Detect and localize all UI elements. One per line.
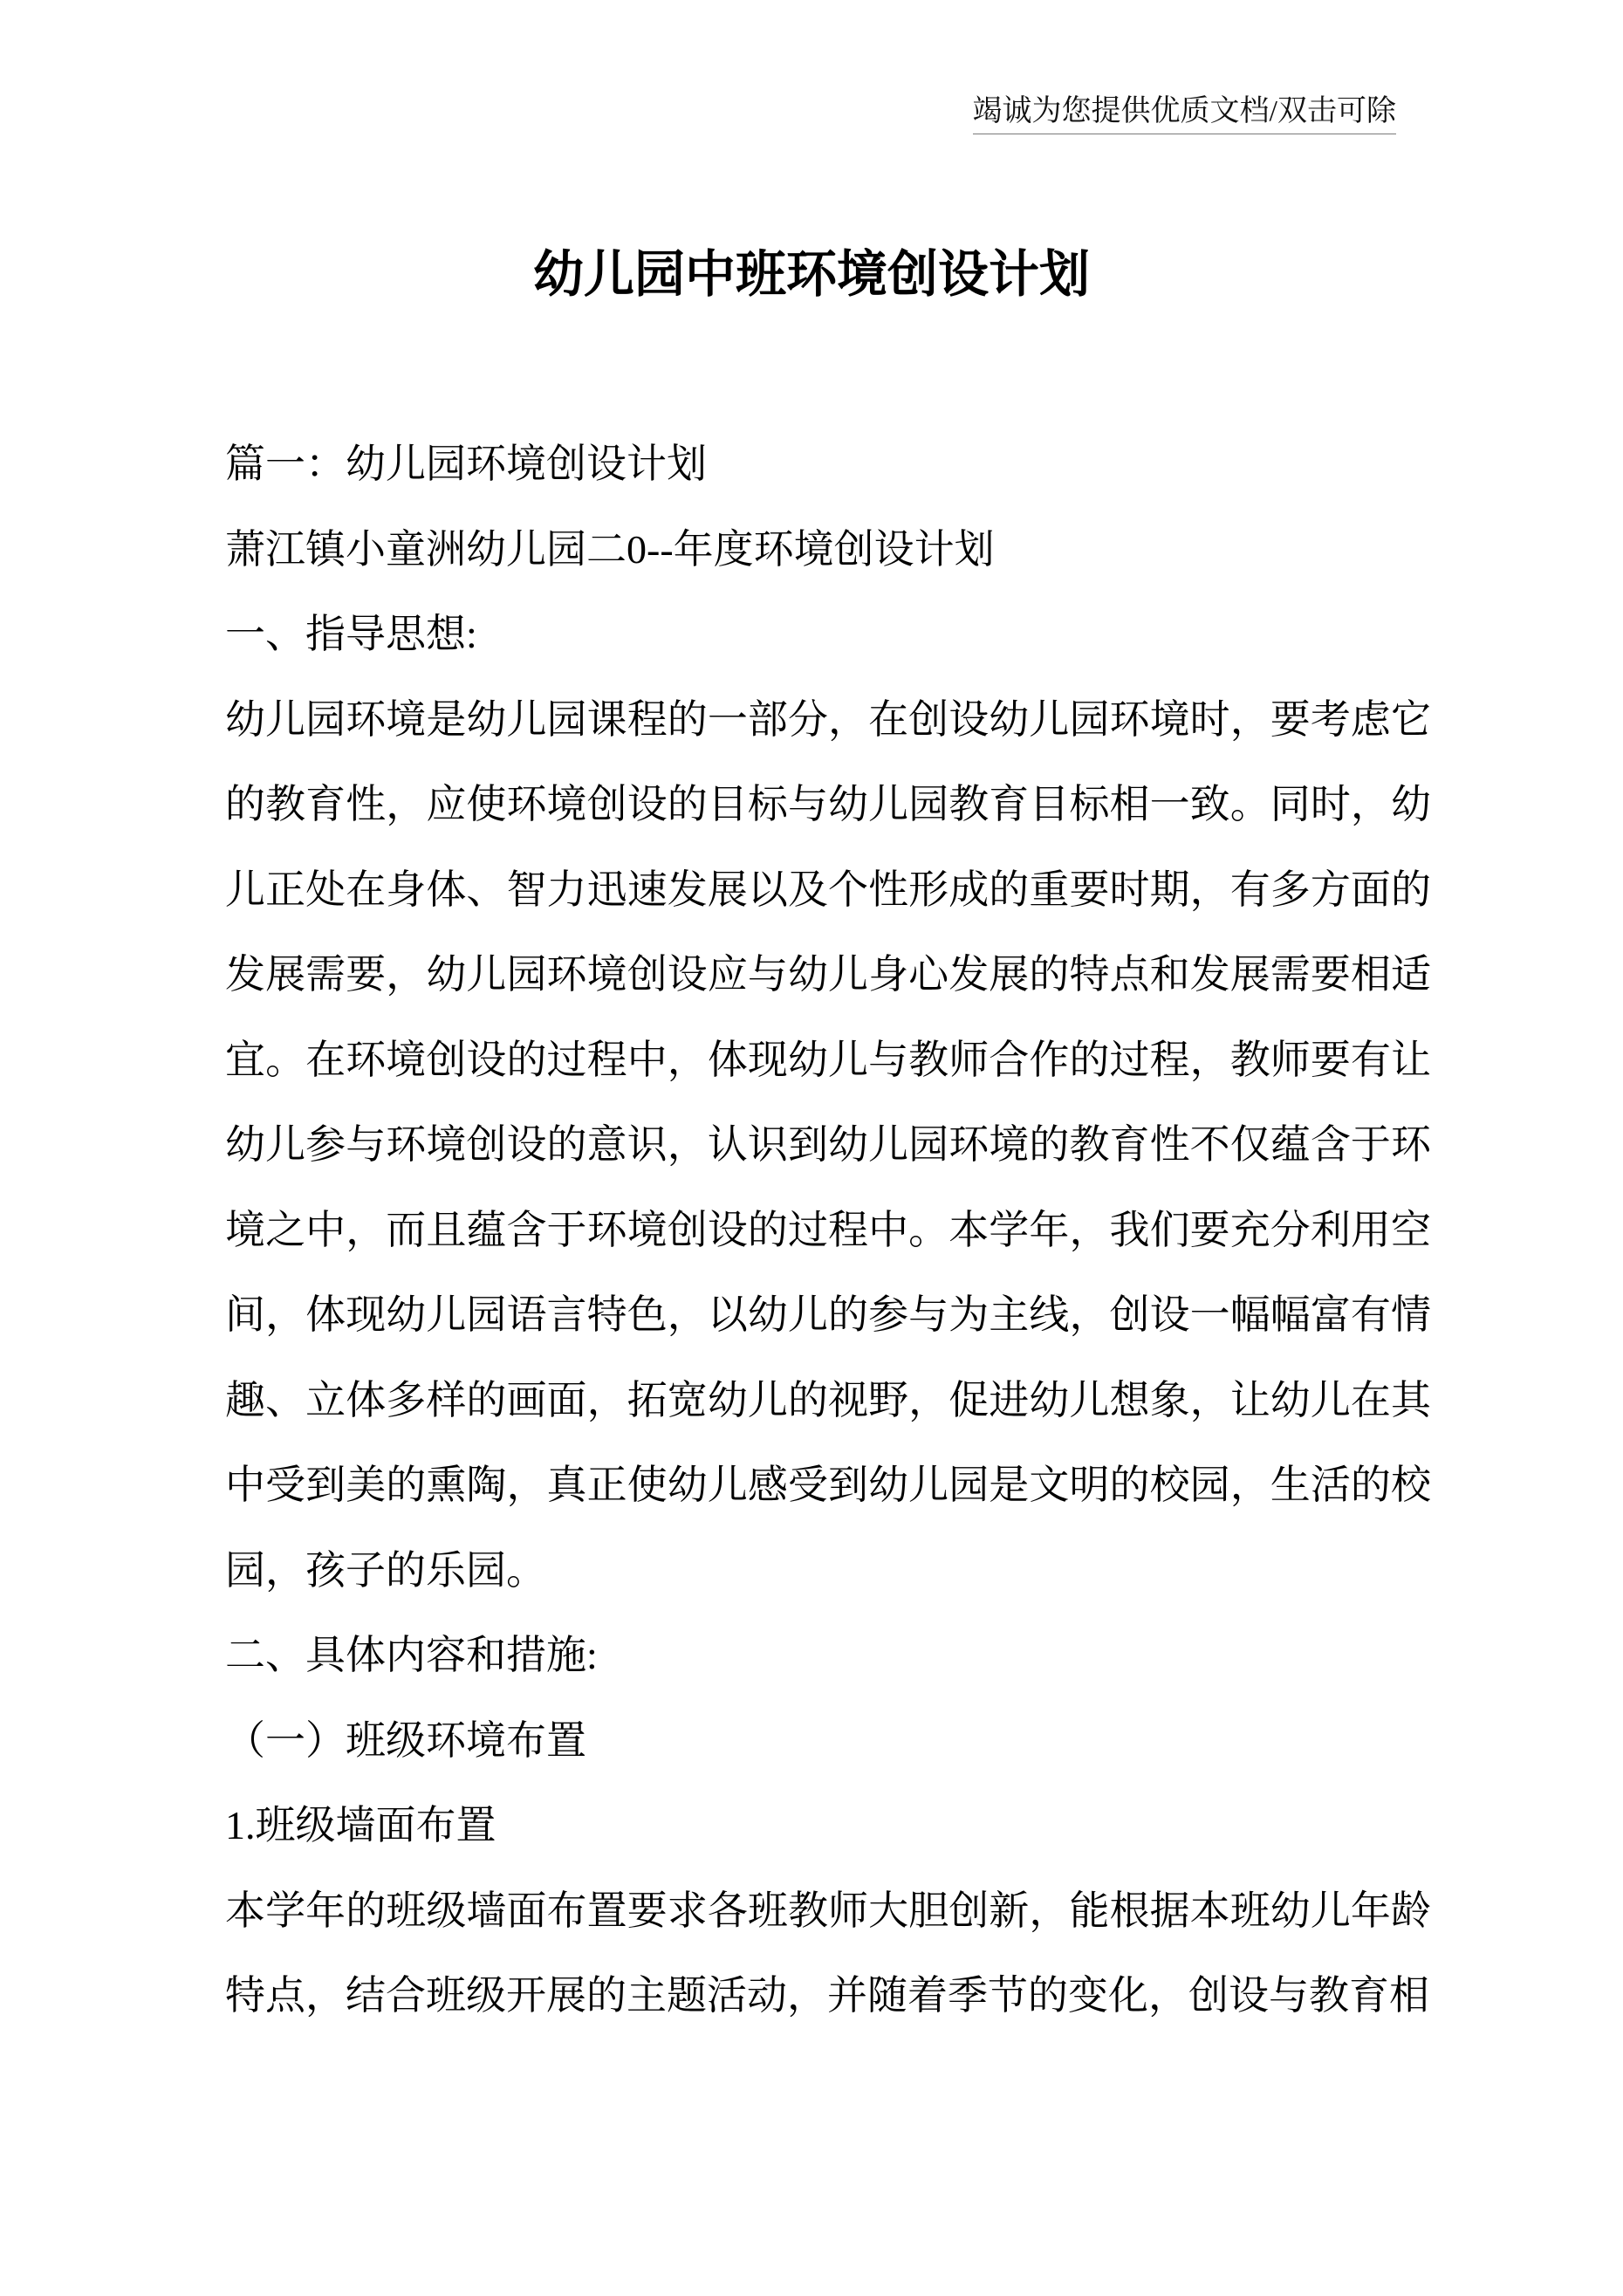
heading-guiding-ideology: 一、指导思想: [225, 592, 1431, 677]
heading-class-wall: 1.班级墙面布置 [225, 1783, 1431, 1868]
page-header: 竭诚为您提供优质文档/双击可除 [973, 93, 1396, 134]
document-page: 竭诚为您提供优质文档/双击可除 幼儿园中班环境创设计划 篇一：幼儿园环境创设计划… [0, 0, 1623, 2296]
heading-class-environment: （一）班级环境布置 [225, 1698, 1431, 1784]
header-note[interactable]: 竭诚为您提供优质文档/双击可除 [973, 93, 1396, 134]
heading-specific-content: 二、具体内容和措施: [225, 1613, 1431, 1698]
section-label-pian-yi: 篇一：幼儿园环境创设计划 [225, 422, 1431, 507]
subtitle-kindergarten-plan: 萧江镇小童洲幼儿园二0--年度环境创设计划 [225, 507, 1431, 593]
document-title: 幼儿园中班环境创设计划 [0, 237, 1623, 312]
document-body: 篇一：幼儿园环境创设计划萧江镇小童洲幼儿园二0--年度环境创设计划一、指导思想:… [225, 422, 1431, 2039]
paragraph-guiding-ideology-body: 幼儿园环境是幼儿园课程的一部分，在创设幼儿园环境时，要考虑它的教育性，应使环境创… [225, 677, 1431, 1614]
paragraph-class-wall-body: 本学年的班级墙面布置要求各班教师大胆创新，能根据本班幼儿年龄特点，结合班级开展的… [225, 1868, 1431, 2039]
